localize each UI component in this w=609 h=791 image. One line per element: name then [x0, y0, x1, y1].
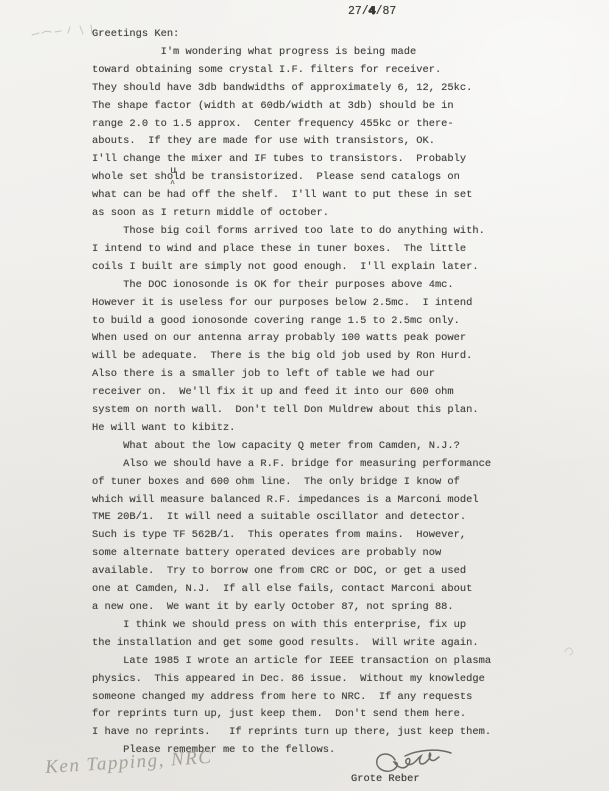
body-line: available. Try to borrow one from CRC or… [92, 563, 592, 581]
line-pre: whole set sho [92, 171, 173, 183]
body-line: I have no reprints. If reprints turn up … [92, 724, 592, 742]
body-line: a new one. We want it by early October 8… [92, 599, 592, 617]
body-line: coils I built are simply not good enough… [92, 259, 592, 277]
body-line: what can be had off the shelf. I'll want… [92, 187, 592, 205]
recipient-annotation: Ken Tapping, NRC [45, 747, 213, 779]
body-line: I'll change the mixer and IF tubes to tr… [92, 151, 592, 169]
body-line: TME 20B/1. It will need a suitable oscil… [92, 509, 592, 527]
body-line: abouts. If they are made for use with tr… [92, 133, 592, 151]
body-line-with-insertion: whole set shou^ld be transistorized. Ple… [92, 169, 592, 187]
body-line: Those big coil forms arrived too late to… [92, 223, 592, 241]
body-line: the installation and get some good resul… [92, 635, 592, 653]
body-line: Late 1985 I wrote an article for IEEE tr… [92, 653, 592, 671]
date-overstruck-digit: 4 [369, 5, 376, 18]
body-line: What about the low capacity Q meter from… [92, 438, 592, 456]
body-line: to build a good ionosonde covering range… [92, 313, 592, 331]
body-line: for reprints turn up, just keep them. Do… [92, 706, 592, 724]
body-line: The shape factor (width at 60db/width at… [92, 98, 592, 116]
letter-body: Greetings Ken: I'm wondering what progre… [92, 26, 592, 760]
body-line: physics. This appeared in Dec. 86 issue.… [92, 671, 592, 689]
date: 27/4/87 [348, 5, 396, 18]
body-line: I think we should press on with this ent… [92, 617, 592, 635]
body-line: someone changed my address from here to … [92, 689, 592, 707]
body-line: He will want to kibitz. [92, 420, 592, 438]
line-post: ld be transistorized. Please send catalo… [173, 171, 460, 183]
signature-typed-name: Grote Reber [351, 773, 420, 785]
body-line: toward obtaining some crystal I.F. filte… [92, 62, 592, 80]
insertion-caret-icon: ^ [170, 176, 175, 194]
salutation: Greetings Ken: [92, 26, 592, 44]
date-day: 27/ [348, 5, 369, 18]
body-line: range 2.0 to 1.5 approx. Center frequenc… [92, 116, 592, 134]
body-line: will be adequate. There is the big old j… [92, 348, 592, 366]
body-line: The DOC ionosonde is OK for their purpos… [92, 277, 592, 295]
body-line: They should have 3db bandwidths of appro… [92, 80, 592, 98]
date-year: /87 [376, 5, 397, 18]
body-line: which will measure balanced R.F. impedan… [92, 492, 592, 510]
body-line: system on north wall. Don't tell Don Mul… [92, 402, 592, 420]
margin-pencil-tick [563, 643, 575, 657]
body-line: one at Camden, N.J. If all else fails, c… [92, 581, 592, 599]
body-line: as soon as I return middle of october. [92, 205, 592, 223]
body-line: some alternate battery operated devices … [92, 545, 592, 563]
letter-page: 27/4/87 Greetings Ken: I'm wondering wha… [0, 0, 609, 791]
body-line: I intend to wind and place these in tune… [92, 241, 592, 259]
body-line: Also we should have a R.F. bridge for me… [92, 456, 592, 474]
body-line: However it is useless for our purposes b… [92, 295, 592, 313]
body-line: receiver on. We'll fix it up and feed it… [92, 384, 592, 402]
body-line: Such is type TF 562B/1. This operates fr… [92, 527, 592, 545]
body-line: of tuner boxes and 600 ohm line. The onl… [92, 474, 592, 492]
body-line: When used on our antenna array probably … [92, 330, 592, 348]
body-line: Also there is a smaller job to left of t… [92, 366, 592, 384]
body-line: I'm wondering what progress is being mad… [92, 44, 592, 62]
